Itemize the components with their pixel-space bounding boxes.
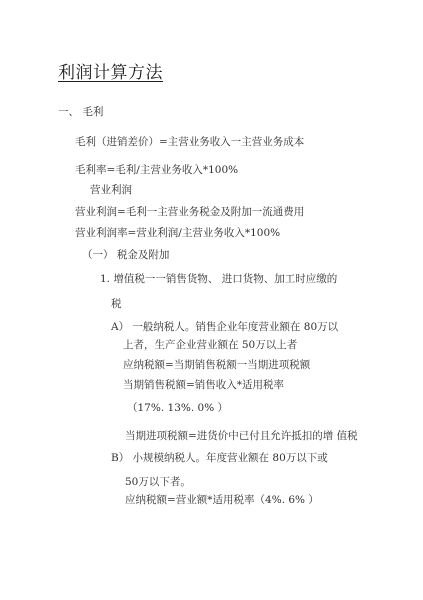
text-line: 营业利润 bbox=[90, 183, 132, 197]
text-line: B） 小规模纳税人。年度营业额在 80万以下或 bbox=[111, 451, 328, 465]
text-line: 上者，生产企业营业额在 50万以上者 bbox=[123, 338, 297, 352]
text-line: 1. 增值税一一销售货物、 进口货物、加工时应缴的 bbox=[100, 272, 337, 286]
text-line: 应纳税额=营业额*适用税率（4%. 6% ） bbox=[125, 493, 319, 507]
text-line: 应纳税额=当期销售税额一当期进项税额 bbox=[123, 358, 310, 372]
text-line: 营业利润率=营业利润/主营业务收入*100% bbox=[75, 226, 280, 240]
text-line: 毛利率=毛利/主营业务收入*100% bbox=[75, 163, 238, 177]
text-line: A） 一般纳税人。销售企业年度营业额在 80万以 bbox=[111, 320, 338, 334]
text-line: 一、 毛利 bbox=[58, 105, 103, 119]
text-line: （17%. 13%. 0% ） bbox=[127, 401, 228, 415]
document-title: 利润计算方法 bbox=[58, 62, 163, 84]
text-line: 当期进项税额=进货价中已付且允许抵扣的增 值税 bbox=[125, 429, 358, 443]
text-line: （一） 税金及附加 bbox=[82, 248, 169, 262]
text-line: 50万以下者。 bbox=[125, 475, 191, 489]
text-line: 营业利润=毛利一主营业务税金及附加一流通费用 bbox=[75, 205, 304, 219]
text-line: 当期销售税额=销售收入*适用税率 bbox=[123, 378, 284, 392]
text-line: 毛利（进销差价）=主营业务收入一主营业务成本 bbox=[75, 135, 304, 149]
text-line: 税 bbox=[111, 297, 122, 311]
